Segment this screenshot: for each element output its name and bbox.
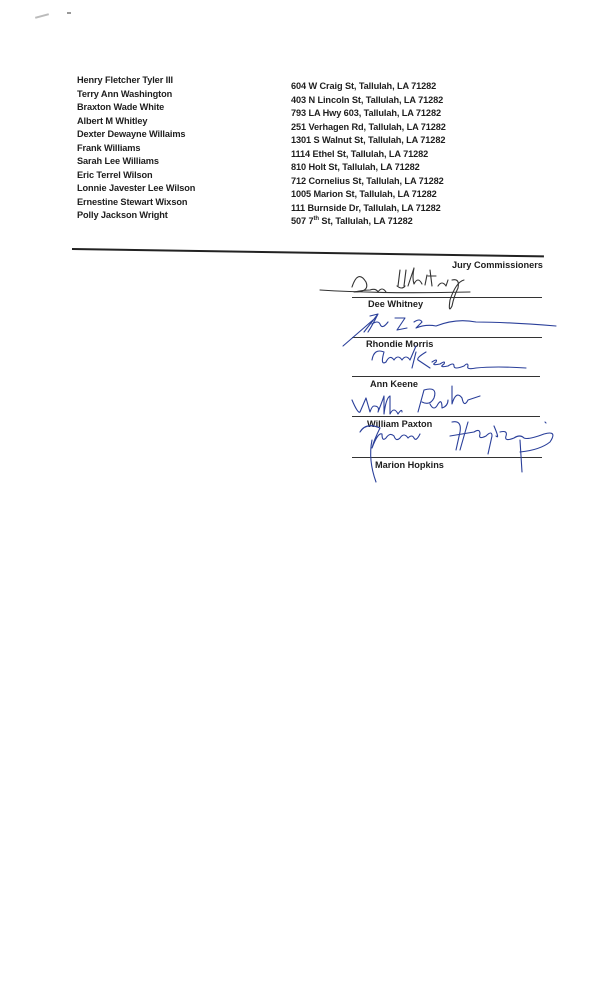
signature-rhondie-morris bbox=[343, 314, 556, 346]
signature-dee-whitney bbox=[320, 268, 470, 309]
handwritten-signatures bbox=[0, 0, 612, 1008]
signature-ann-keene bbox=[372, 346, 526, 369]
signature-marion-hopkins bbox=[360, 422, 553, 482]
signature-william-paxton bbox=[352, 386, 480, 414]
